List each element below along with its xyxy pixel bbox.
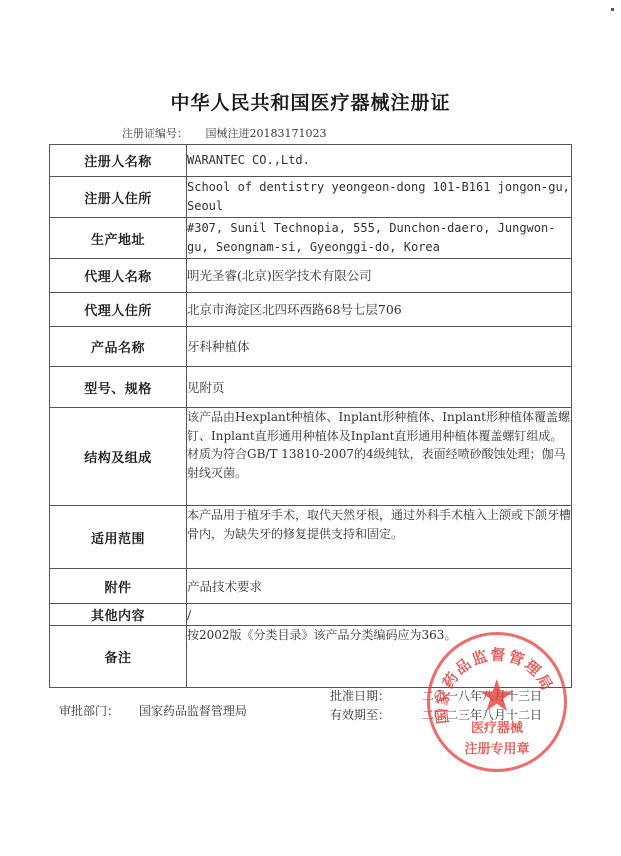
registration-number-value: 国械注进20183171023 [206, 127, 327, 140]
scan-mark [611, 8, 614, 11]
date-block: 批准日期： 二〇一八年八月十三日 有效期至： 二〇二三年八月十二日 [330, 687, 542, 725]
approval-date-label: 批准日期： [330, 687, 422, 706]
table-row: 注册人名称 WARANTEC CO.,Ltd. [50, 145, 572, 177]
row-label: 代理人住所 [50, 293, 187, 327]
row-label: 适用范围 [50, 506, 187, 569]
table-row: 附件 产品技术要求 [50, 569, 572, 604]
expiry-date-value: 二〇二三年八月十二日 [422, 706, 542, 725]
expiry-date-label: 有效期至： [330, 706, 422, 725]
row-value: #307, Sunil Technopia, 555, Dunchon-daer… [187, 218, 572, 259]
row-label: 产品名称 [50, 327, 187, 367]
seal-line2: 注册专用章 [430, 738, 564, 757]
table-row: 结构及组成 该产品由Hexplant种植体、Inplant形种植体、Inplan… [50, 408, 572, 506]
row-value: School of dentistry yeongeon-dong 101-B1… [187, 177, 572, 218]
approval-department: 审批部门： 国家药品监督管理局 [59, 702, 247, 719]
row-value: 明光圣睿(北京)医学技术有限公司 [187, 259, 572, 293]
row-label: 生产地址 [50, 218, 187, 259]
registration-number: 注册证编号： 国械注进20183171023 [122, 125, 326, 141]
registration-number-label: 注册证编号： [122, 127, 188, 140]
page-title: 中华人民共和国医疗器械注册证 [0, 88, 621, 115]
approval-date: 批准日期： 二〇一八年八月十三日 [330, 687, 542, 706]
table-row: 适用范围 本产品用于植牙手术，取代天然牙根，通过外科手术植入上颌或下颌牙槽骨内，… [50, 506, 572, 569]
approval-date-value: 二〇一八年八月十三日 [422, 687, 542, 706]
row-label: 注册人名称 [50, 145, 187, 177]
table-row: 生产地址 #307, Sunil Technopia, 555, Dunchon… [50, 218, 572, 259]
table-row: 代理人住所 北京市海淀区北四环西路68号七层706 [50, 293, 572, 327]
row-label: 附件 [50, 569, 187, 604]
row-value: 产品技术要求 [187, 569, 572, 604]
row-label: 其他内容 [50, 604, 187, 626]
row-value: 见附页 [187, 367, 572, 408]
table-row: 注册人住所 School of dentistry yeongeon-dong … [50, 177, 572, 218]
row-value: 按2002版《分类目录》该产品分类编码应为363。 [187, 626, 572, 688]
table-row: 型号、规格 见附页 [50, 367, 572, 408]
department-label: 审批部门： [59, 704, 119, 718]
row-label: 型号、规格 [50, 367, 187, 408]
row-label: 结构及组成 [50, 408, 187, 506]
row-value: / [187, 604, 572, 626]
expiry-date: 有效期至： 二〇二三年八月十二日 [330, 706, 542, 725]
table-row: 代理人名称 明光圣睿(北京)医学技术有限公司 [50, 259, 572, 293]
department-value: 国家药品监督管理局 [139, 704, 247, 718]
row-label: 备注 [50, 626, 187, 688]
row-label: 注册人住所 [50, 177, 187, 218]
row-value: 本产品用于植牙手术，取代天然牙根，通过外科手术植入上颌或下颌牙槽骨内，为缺失牙的… [187, 506, 572, 569]
row-label: 代理人名称 [50, 259, 187, 293]
row-value: 北京市海淀区北四环西路68号七层706 [187, 293, 572, 327]
row-value: WARANTEC CO.,Ltd. [187, 145, 572, 177]
certificate-table: 注册人名称 WARANTEC CO.,Ltd. 注册人住所 School of … [49, 144, 572, 688]
row-value: 该产品由Hexplant种植体、Inplant形种植体、Inplant形种植体覆… [187, 408, 572, 506]
table-row: 备注 按2002版《分类目录》该产品分类编码应为363。 [50, 626, 572, 688]
row-value: 牙科种植体 [187, 327, 572, 367]
table-row: 产品名称 牙科种植体 [50, 327, 572, 367]
table-row: 其他内容 / [50, 604, 572, 626]
